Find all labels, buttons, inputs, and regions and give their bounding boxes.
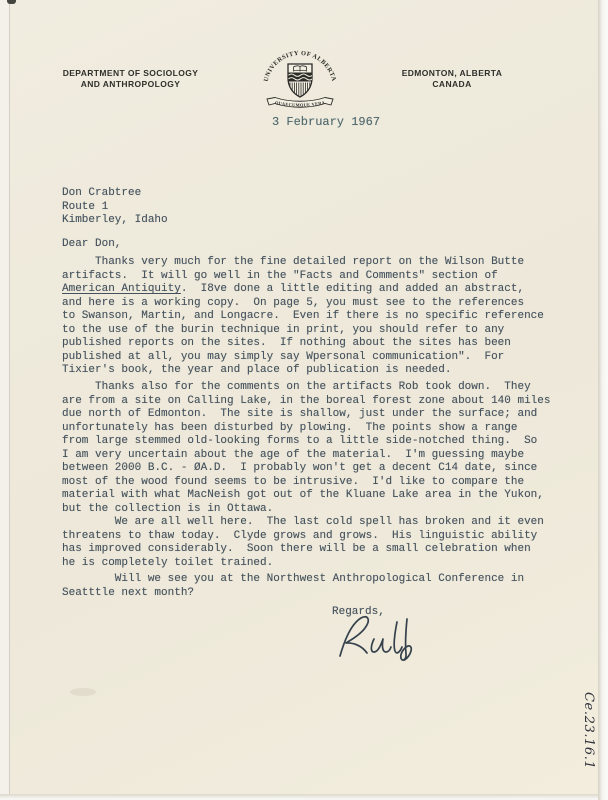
archival-annotation-text: Ce.23.16.1: [581, 692, 596, 780]
typewritten-line: threatens to thaw today. Clyde grows and…: [62, 530, 544, 544]
scanned-letter-page: DEPARTMENT OF SOCIOLOGY AND ANTHROPOLOGY…: [0, 0, 608, 800]
typewritten-line: artifacts. It will go well in the "Facts…: [62, 270, 544, 284]
typewritten-line: material with what MacNeish got out of t…: [62, 489, 550, 503]
body-paragraph-2: Thanks also for the comments on the arti…: [62, 381, 550, 516]
letterhead-location-line1: EDMONTON, ALBERTA: [372, 68, 532, 79]
typewritten-line: has improved considerably. Soon there wi…: [62, 543, 544, 557]
body-paragraph-4: Will we see you at the Northwest Anthrop…: [62, 573, 524, 600]
typewritten-line: Route 1: [62, 201, 168, 215]
scan-edge-right: [598, 0, 608, 800]
typewritten-line: Seatttle next month?: [62, 587, 524, 601]
typewritten-line: are from a site on Calling Lake, in the …: [62, 395, 550, 409]
university-crest-icon: UNIVERSITY OF ALBERTA: [250, 44, 350, 110]
body-paragraph-1: Thanks very much for the fine detailed r…: [62, 256, 544, 378]
scan-edge-bottom: [0, 794, 598, 800]
typewritten-line: from large stemmed old-looking forms to …: [62, 435, 550, 449]
letterhead-location: EDMONTON, ALBERTA CANADA: [372, 68, 532, 89]
scan-corner-speck: [7, 0, 16, 4]
typewritten-line: Tixier's book, the year and place of pub…: [62, 364, 544, 378]
typewritten-line: I am very uncertain about the age of the…: [62, 449, 550, 463]
paper-smudge: [70, 688, 96, 696]
letter-date: 3 February 1967: [272, 115, 380, 129]
archival-annotation: Ce.23.16.1: [572, 692, 598, 782]
typewritten-line: Thanks very much for the fine detailed r…: [62, 256, 544, 270]
typewritten-line: between 2000 B.C. - ØA.D. I probably won…: [62, 462, 550, 476]
typewritten-line: most of the wood found seems to be intru…: [62, 476, 550, 490]
typewritten-line: Thanks also for the comments on the arti…: [62, 381, 550, 395]
body-paragraph-3: We are all well here. The last cold spel…: [62, 516, 544, 570]
paper-left-edge: [0, 0, 10, 794]
typewritten-line: published at all, you may simply say Wpe…: [62, 351, 544, 365]
typewritten-line: We are all well here. The last cold spel…: [62, 516, 544, 530]
underlined-phrase: American Antiquity: [62, 283, 181, 295]
typewritten-line: Kimberley, Idaho: [62, 214, 168, 228]
typewritten-line: due north of Edmonton. The site is shall…: [62, 408, 550, 422]
typewritten-line: he is completely toilet trained.: [62, 557, 544, 571]
letterhead-department-line2: AND ANTHROPOLOGY: [48, 79, 213, 90]
recipient-address: Don CrabtreeRoute 1Kimberley, Idaho: [62, 187, 168, 228]
typewritten-line: unfortunately has been disturbed by plow…: [62, 422, 550, 436]
typewritten-line: published reports on the sites. If nothi…: [62, 337, 544, 351]
letterhead-department-line1: DEPARTMENT OF SOCIOLOGY: [48, 68, 213, 79]
typewritten-line: American Antiquity. I8ve done a little e…: [62, 283, 544, 297]
typewritten-line: Will we see you at the Northwest Anthrop…: [62, 573, 524, 587]
typewritten-line: but the collection is in Ottawa.: [62, 503, 550, 517]
salutation: Dear Don,: [62, 238, 121, 252]
letterhead-department: DEPARTMENT OF SOCIOLOGY AND ANTHROPOLOGY: [48, 68, 213, 89]
typewritten-line: and here is a working copy. On page 5, y…: [62, 297, 544, 311]
letterhead-location-line2: CANADA: [372, 79, 532, 90]
handwritten-signature-ruth: [334, 612, 416, 664]
typewritten-line: Don Crabtree: [62, 187, 168, 201]
typewritten-line: to Swanson, Martin, and Longacre. Even i…: [62, 310, 544, 324]
letter-paper: DEPARTMENT OF SOCIOLOGY AND ANTHROPOLOGY…: [0, 0, 598, 794]
typewritten-line: to the use of the burin technique in pri…: [62, 324, 544, 338]
